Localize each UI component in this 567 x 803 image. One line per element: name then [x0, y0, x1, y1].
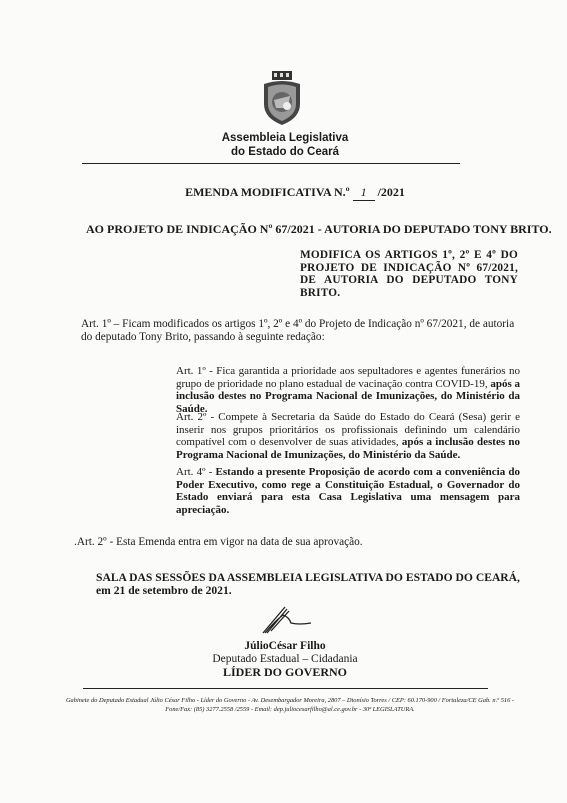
- ementa: MODIFICA OS ARTIGOS 1º, 2º E 4º DO PROJE…: [300, 249, 518, 299]
- coat-of-arms-icon: [260, 70, 304, 126]
- session-statement: SALA DAS SESSÕES DA ASSEMBLEIA LEGISLATI…: [96, 571, 526, 597]
- article-2: .Art. 2º - Esta Emenda entra em vigor na…: [74, 536, 374, 548]
- q3-bold-text: Estando a presente Proposição de acordo …: [176, 466, 520, 516]
- quoted-article-2: Art. 2º - Compete à Secretaria da Saúde …: [176, 411, 520, 461]
- org-name-line2: do Estado do Ceará: [170, 145, 400, 159]
- amendment-number: 1: [353, 185, 375, 201]
- document-title: EMENDA MODIFICATIVA N.º 1 /2021: [180, 185, 410, 201]
- document-subject: AO PROJETO DE INDICAÇÃO Nº 67/2021 - AUT…: [86, 222, 506, 237]
- article-1: Art. 1º – Ficam modificados os artigos 1…: [81, 318, 521, 343]
- footer-address: Gabinete do Deputado Estadual Júlio Césa…: [60, 696, 520, 714]
- title-suffix: /2021: [375, 185, 405, 199]
- signer-name: JúlioCésar Filho: [190, 640, 380, 653]
- footer-divider: [83, 688, 488, 689]
- signer-title: LÍDER DO GOVERNO: [190, 666, 380, 679]
- org-name-line1: Assembleia Legislativa: [170, 131, 400, 145]
- q1-text: Art. 1º - Fica garantida a prioridade ao…: [176, 365, 520, 390]
- q3-text: Art. 4º -: [176, 466, 216, 478]
- signature-mark: [255, 603, 315, 635]
- header-divider: [82, 163, 460, 164]
- quoted-article-1: Art. 1º - Fica garantida a prioridade ao…: [176, 365, 520, 415]
- title-prefix: EMENDA MODIFICATIVA N.º: [185, 185, 353, 199]
- quoted-article-4: Art. 4º - Estando a presente Proposição …: [176, 466, 520, 516]
